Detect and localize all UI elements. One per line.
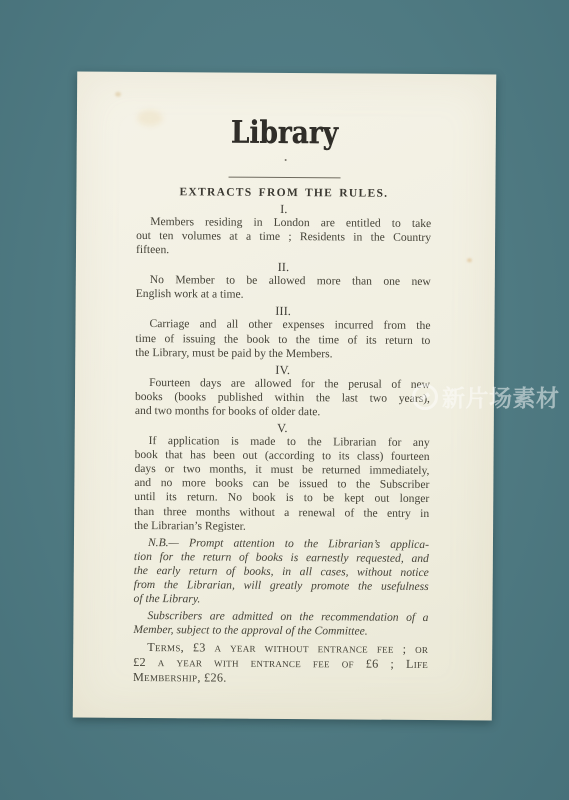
text-line: than three months without a renewal of t…	[134, 504, 429, 520]
text-line: Membership, £26.	[133, 670, 428, 687]
card-title: Library	[159, 116, 410, 150]
photo-background: Library EXTRACTS FROM THE RULES. I.Membe…	[0, 0, 569, 800]
foxing-spot	[467, 258, 472, 262]
title-divider	[228, 177, 340, 179]
text-line: out ten volumes at a time ; Residents in…	[136, 229, 431, 245]
text-line: of the Library.	[134, 592, 429, 608]
rules-sections: I.Members residing in London are entitle…	[134, 201, 431, 535]
text-line: the Librarian’s Register.	[134, 519, 429, 535]
text-line: English work at a time.	[136, 287, 431, 303]
ink-speck	[285, 159, 287, 161]
text-line: Member, subject to the approval of the C…	[133, 623, 428, 639]
text-line: the Library, must be paid by the Members…	[135, 346, 430, 362]
library-rules-card: Library EXTRACTS FROM THE RULES. I.Membe…	[73, 72, 496, 721]
foxing-spot	[115, 92, 121, 97]
text-line: fifteen.	[136, 243, 431, 259]
rule-paragraph: If application is made to the Librarian …	[134, 434, 430, 535]
rule-paragraph: Members residing in London are entitled …	[136, 215, 431, 259]
card-notes: N.B.— Prompt attention to the Librarian’…	[133, 536, 429, 688]
rule-paragraph: Fourteen days are allowed for the perusa…	[135, 376, 430, 420]
rule-paragraph: Carriage and all other expenses incurred…	[135, 317, 430, 361]
subscribers-note: Subscribers are admitted on the recommen…	[133, 609, 428, 639]
terms-note: Terms, £3 a year without entrance fee ; …	[133, 640, 428, 687]
rules-heading: EXTRACTS FROM THE RULES.	[136, 185, 431, 201]
text-line: until its return. No book is to be kept …	[134, 490, 429, 506]
text-line: and two months for books of older date.	[135, 404, 430, 420]
text-line: Carriage and all other expenses incurred…	[135, 317, 430, 333]
nb-note: N.B.— Prompt attention to the Librarian’…	[134, 536, 429, 609]
rule-paragraph: No Member to be allowed more than one ne…	[136, 273, 431, 303]
text-line: time of issuing the book to the time of …	[135, 332, 430, 348]
